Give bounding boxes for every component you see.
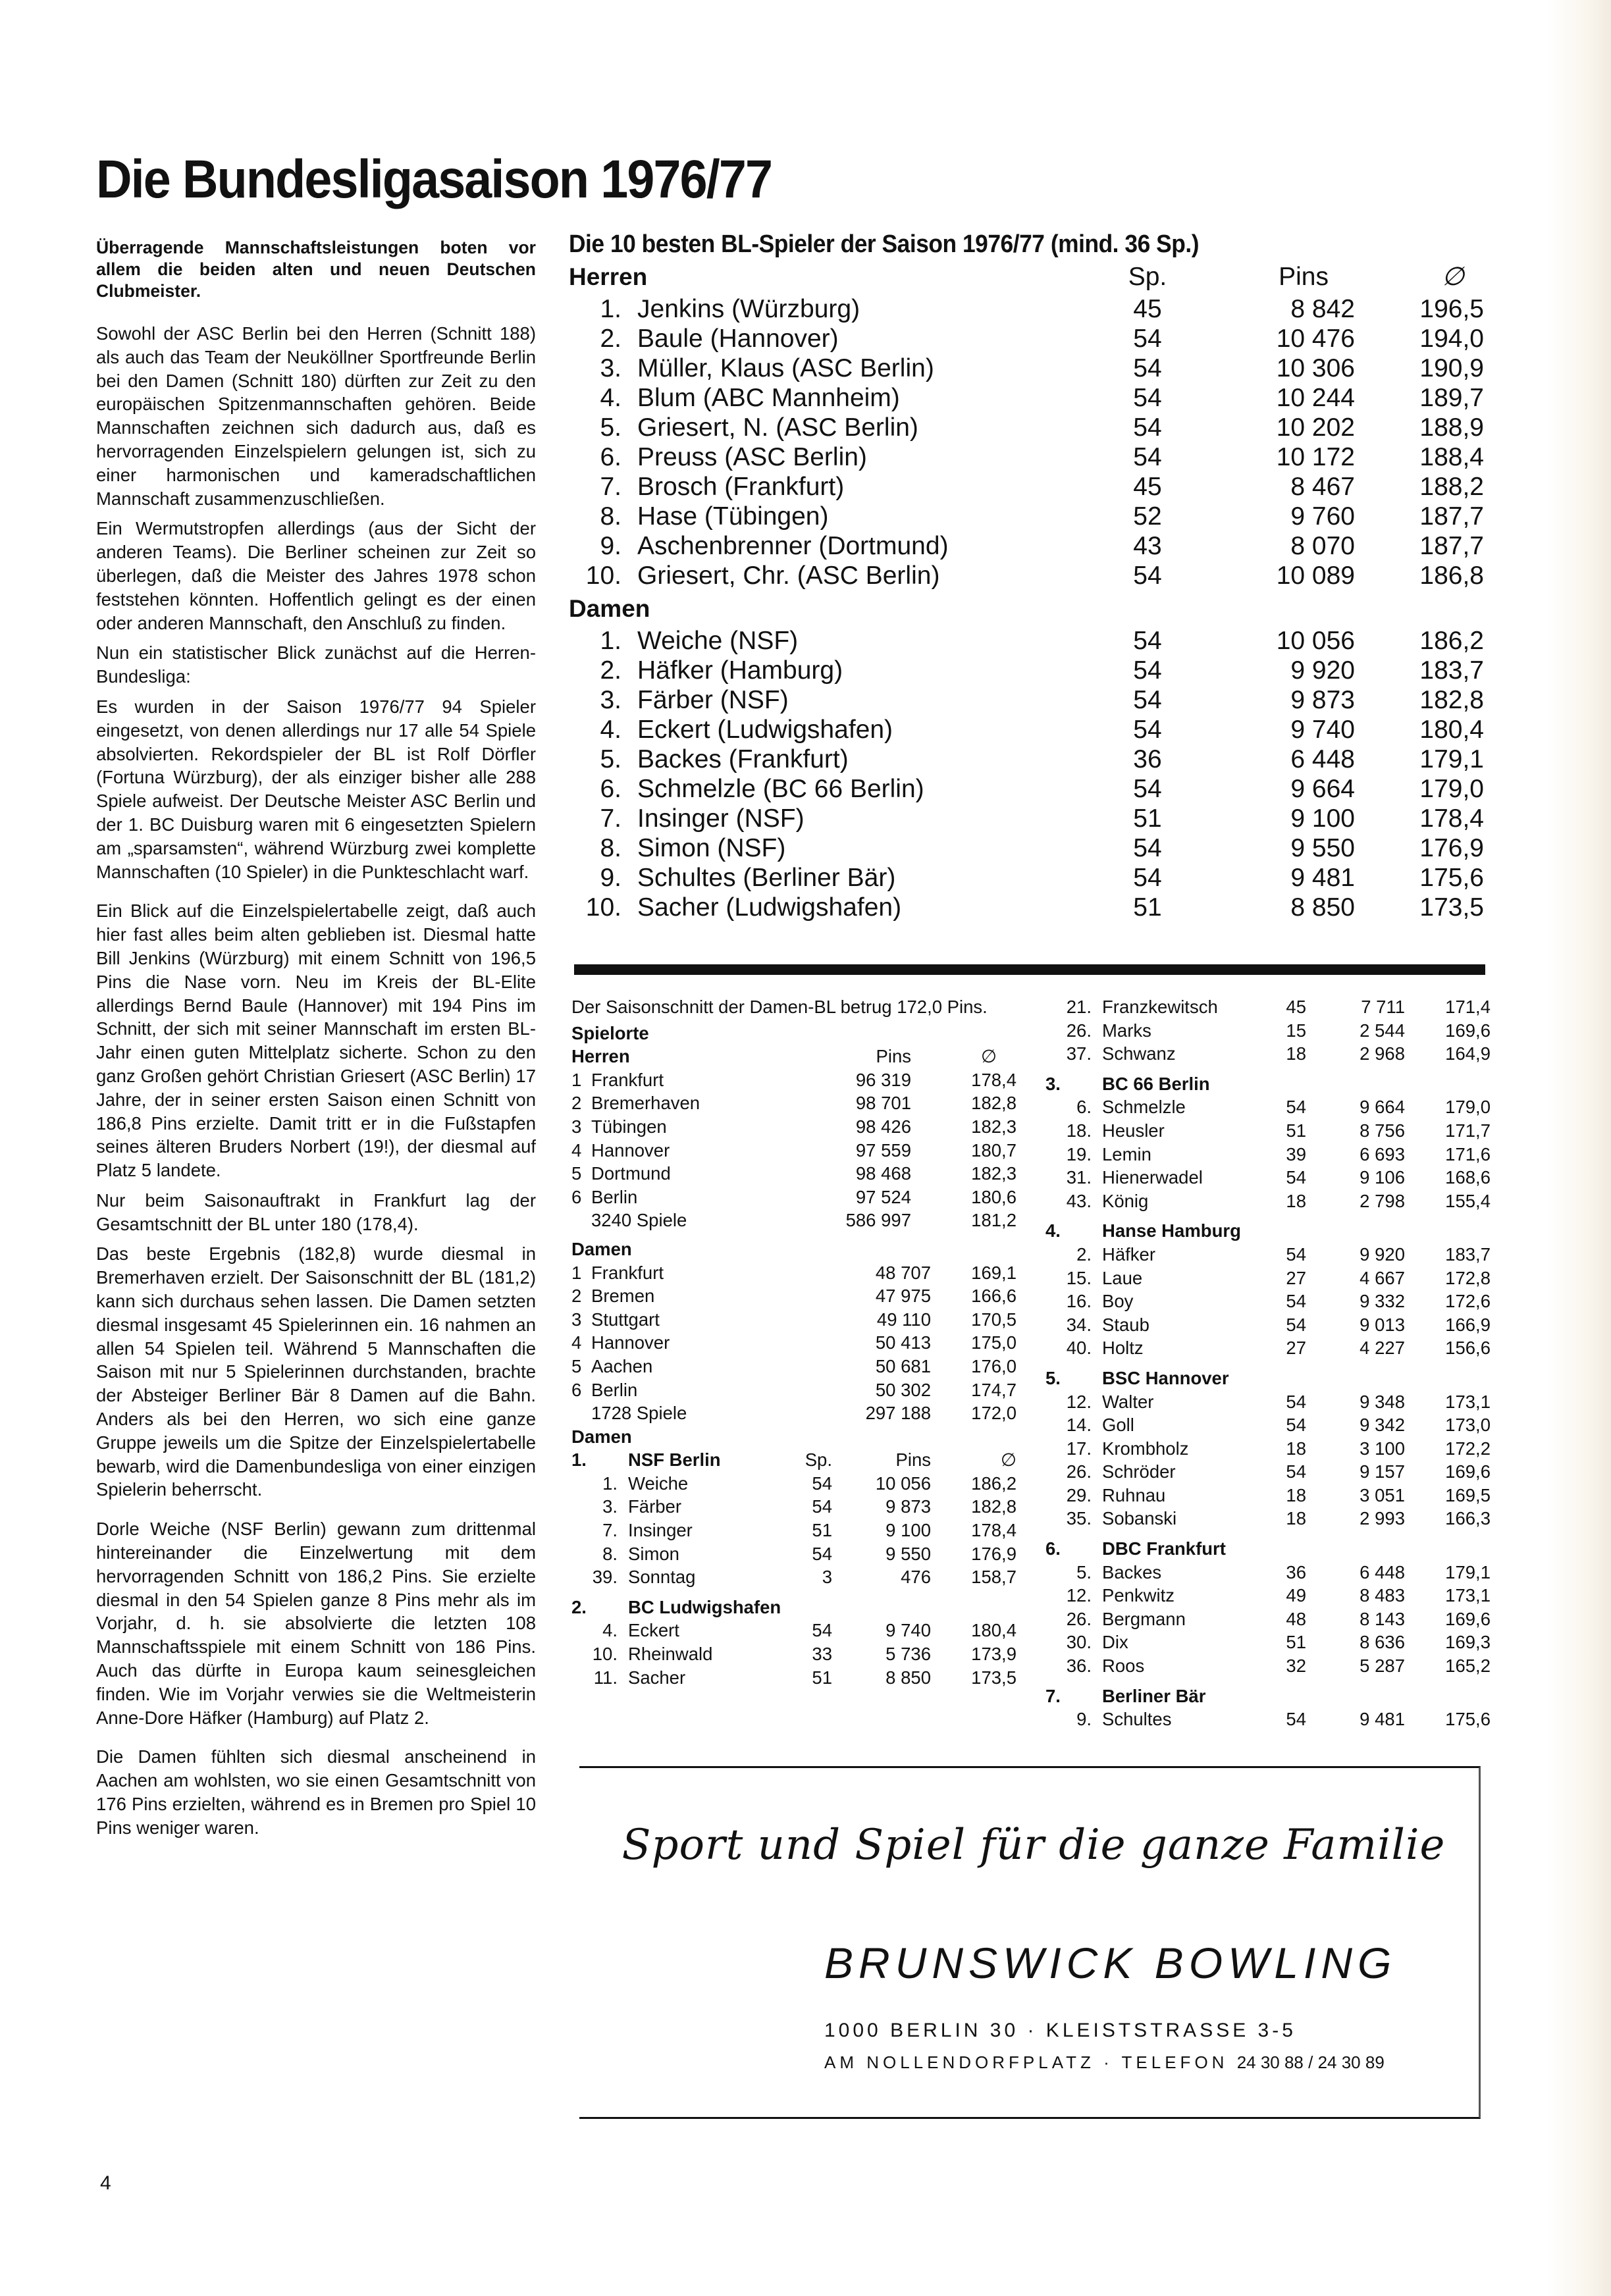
venue-name: Hannover: [591, 1139, 793, 1162]
player-average: 169,6: [1405, 1460, 1491, 1484]
venue-average: 178,4: [911, 1068, 1017, 1092]
player-row: 10.Griesert, Chr. (ASC Berlin)5410 08918…: [569, 561, 1484, 590]
player-average: 173,9: [931, 1642, 1017, 1666]
player-pins: 9 481: [1184, 863, 1368, 893]
player-rank: 37.: [1045, 1042, 1102, 1066]
player-games: 54: [786, 1542, 832, 1566]
player-name: Roos: [1102, 1654, 1260, 1678]
player-average: 183,7: [1405, 1243, 1491, 1266]
player-average: 188,2: [1368, 472, 1484, 502]
player-average: 171,4: [1405, 995, 1491, 1019]
spacer: [571, 1209, 591, 1232]
player-row: 10.Sacher (Ludwigshafen)518 850173,5: [569, 893, 1484, 922]
team-player-row: 26.Schröder549 157169,6: [1045, 1460, 1491, 1484]
player-games: 36: [1111, 744, 1184, 774]
player-games: 51: [786, 1519, 832, 1542]
player-rank: 4.: [569, 383, 637, 413]
player-pins: 9 348: [1306, 1390, 1405, 1414]
player-row: 7.Brosch (Frankfurt)458 467188,2: [569, 472, 1484, 502]
player-average: 186,2: [931, 1472, 1017, 1496]
player-name: Simon: [628, 1542, 786, 1566]
teams-table-left: Damen 1.NSF BerlinSp.Pins∅1.Weiche5410 0…: [571, 1425, 1017, 1690]
venue-pins: 49 110: [812, 1308, 931, 1332]
venue-pins: 48 707: [812, 1261, 931, 1285]
player-name: Blum (ABC Mannheim): [637, 383, 1111, 413]
venue-index: 4: [571, 1139, 591, 1162]
teams-damen-label: Damen: [571, 1425, 1017, 1449]
venue-total-pins: 297 188: [812, 1401, 931, 1425]
player-rank: 15.: [1045, 1266, 1102, 1290]
player-row: 4.Eckert (Ludwigshafen)549 740180,4: [569, 715, 1484, 744]
player-rank: 30.: [1045, 1631, 1102, 1654]
venue-index: 1: [571, 1261, 591, 1285]
article-paragraph: Ein Wermutstropfen allerdings (aus der S…: [96, 517, 536, 635]
team-position: 1.: [571, 1448, 628, 1472]
player-name: Häfker (Hamburg): [637, 656, 1111, 685]
team-player-row: 30.Dix518 636169,3: [1045, 1631, 1491, 1654]
player-pins: 9 550: [832, 1542, 931, 1566]
player-name: Weiche: [628, 1472, 786, 1496]
team-player-row: 11.Sacher518 850173,5: [571, 1666, 1017, 1690]
player-pins: 9 664: [1184, 774, 1368, 804]
venue-row: 6Berlin97 524180,6: [571, 1186, 1017, 1209]
player-pins: 9 100: [1184, 804, 1368, 833]
venue-total-average: 172,0: [931, 1401, 1017, 1425]
player-rank: 4.: [569, 715, 637, 744]
player-rank: 3.: [571, 1495, 628, 1519]
player-rank: 17.: [1045, 1437, 1102, 1461]
player-name: Backes: [1102, 1561, 1260, 1584]
player-rank: 7.: [569, 804, 637, 833]
player-games: 54: [1111, 626, 1184, 656]
player-rank: 5.: [569, 413, 637, 442]
player-pins: 10 202: [1184, 413, 1368, 442]
player-pins: 9 740: [832, 1619, 931, 1642]
team-position: 4.: [1045, 1219, 1102, 1243]
player-average: 168,6: [1405, 1166, 1491, 1189]
player-pins: 6 693: [1306, 1143, 1405, 1166]
player-pins: 4 667: [1306, 1266, 1405, 1290]
player-name: Goll: [1102, 1413, 1260, 1437]
player-name: Insinger (NSF): [637, 804, 1111, 833]
player-average: 187,7: [1368, 502, 1484, 531]
team-header-row: 1.NSF BerlinSp.Pins∅: [571, 1448, 1017, 1472]
player-average: 169,3: [1405, 1631, 1491, 1654]
player-average: 172,8: [1405, 1266, 1491, 1290]
player-games: 54: [1260, 1243, 1306, 1266]
best-players-section: Die 10 besten BL-Spieler der Saison 1976…: [569, 230, 1484, 922]
player-name: Griesert, Chr. (ASC Berlin): [637, 561, 1111, 590]
venue-total-label: 1728 Spiele: [591, 1401, 812, 1425]
player-pins: 9 873: [832, 1495, 931, 1519]
player-pins: 5 736: [832, 1642, 931, 1666]
col-games: Sp.: [1111, 259, 1184, 294]
stats-right-column: 21.Franzkewitsch457 711171,426.Marks152 …: [1045, 995, 1491, 1731]
team-name: Hanse Hamburg: [1102, 1219, 1260, 1243]
player-rank: 7.: [569, 472, 637, 502]
team-player-row: 31.Hienerwadel549 106168,6: [1045, 1166, 1491, 1189]
player-name: Sonntag: [628, 1565, 786, 1589]
player-pins: 2 993: [1306, 1507, 1405, 1530]
section-divider: [574, 964, 1485, 975]
player-name: Schultes (Berliner Bär): [637, 863, 1111, 893]
spacer: [571, 1401, 591, 1425]
col-avg: ∅: [931, 1448, 1017, 1472]
team-player-row: 36.Roos325 287165,2: [1045, 1654, 1491, 1678]
player-games: 54: [1111, 324, 1184, 353]
venue-name: Tübingen: [591, 1115, 793, 1139]
player-name: Jenkins (Würzburg): [637, 294, 1111, 324]
player-name: Backes (Frankfurt): [637, 744, 1111, 774]
player-pins: 10 056: [832, 1472, 931, 1496]
player-games: 51: [1260, 1119, 1306, 1143]
player-row: 3.Müller, Klaus (ASC Berlin)5410 306190,…: [569, 353, 1484, 383]
player-pins: 4 227: [1306, 1336, 1405, 1360]
article-paragraph: Das beste Ergebnis (182,8) wurde diesmal…: [96, 1242, 536, 1501]
spacer-row: [1045, 1213, 1491, 1219]
venues-herren-header: Herren Pins ∅: [571, 1045, 1017, 1068]
player-games: 52: [1111, 502, 1184, 531]
team-player-row: 7.Insinger519 100178,4: [571, 1519, 1017, 1542]
player-games: 27: [1260, 1336, 1306, 1360]
player-name: Rheinwald: [628, 1642, 786, 1666]
player-average: 194,0: [1368, 324, 1484, 353]
player-rank: 10.: [571, 1642, 628, 1666]
player-rank: 8.: [571, 1542, 628, 1566]
team-position: 2.: [571, 1596, 628, 1619]
player-pins: 9 342: [1306, 1413, 1405, 1437]
player-average: 186,2: [1368, 626, 1484, 656]
player-pins: 9 332: [1306, 1290, 1405, 1313]
player-row: 3.Färber (NSF)549 873182,8: [569, 685, 1484, 715]
team-player-row: 4.Eckert549 740180,4: [571, 1619, 1017, 1642]
venue-pins: 50 413: [812, 1331, 931, 1355]
venues-damen-table: Damen 1Frankfurt48 707169,12Bremen47 975…: [571, 1238, 1017, 1425]
player-pins: 10 306: [1184, 353, 1368, 383]
player-row: 1.Weiche (NSF)5410 056186,2: [569, 626, 1484, 656]
player-average: 180,4: [931, 1619, 1017, 1642]
venue-average: 166,6: [931, 1284, 1017, 1308]
venues-herren-table: Herren Pins ∅ 1Frankfurt96 319178,42Brem…: [571, 1045, 1017, 1232]
player-average: 188,4: [1368, 442, 1484, 472]
venue-row: 1Frankfurt48 707169,1: [571, 1261, 1017, 1285]
team-player-row: 14.Goll549 342173,0: [1045, 1413, 1491, 1437]
venues-damen-label: Damen: [571, 1238, 1017, 1261]
player-name: Griesert, N. (ASC Berlin): [637, 413, 1111, 442]
best-players-heading: Die 10 besten BL-Spieler der Saison 1976…: [569, 230, 1420, 259]
article-paragraph: Die Damen fühlten sich diesmal anscheine…: [96, 1745, 536, 1839]
player-pins: 9 920: [1184, 656, 1368, 685]
player-average: 178,4: [931, 1519, 1017, 1542]
player-pins: 2 968: [1306, 1042, 1405, 1066]
team-player-row: 9.Schultes549 481175,6: [1045, 1708, 1491, 1731]
player-pins: 9 100: [832, 1519, 931, 1542]
player-average: 166,3: [1405, 1507, 1491, 1530]
player-pins: 9 760: [1184, 502, 1368, 531]
player-average: 182,8: [1368, 685, 1484, 715]
player-games: 54: [1111, 656, 1184, 685]
player-pins: 10 476: [1184, 324, 1368, 353]
article-paragraph: Nun ein statistischer Blick zunächst auf…: [96, 641, 536, 689]
team-name: NSF Berlin: [628, 1448, 786, 1472]
player-pins: 10 172: [1184, 442, 1368, 472]
player-pins: 9 873: [1184, 685, 1368, 715]
venue-total-row: 3240 Spiele586 997181,2: [571, 1209, 1017, 1232]
player-pins: 2 544: [1306, 1019, 1405, 1043]
player-average: 173,5: [931, 1666, 1017, 1690]
player-games: 39: [1260, 1143, 1306, 1166]
player-pins: 8 467: [1184, 472, 1368, 502]
player-average: 179,1: [1405, 1561, 1491, 1584]
venue-name: Berlin: [591, 1378, 812, 1402]
venue-index: 1: [571, 1068, 591, 1092]
player-name: Färber (NSF): [637, 685, 1111, 715]
ad-brand: BRUNSWICK BOWLING: [824, 1938, 1396, 1988]
venue-pins: 96 319: [793, 1068, 911, 1092]
team-player-row: 2.Häfker549 920183,7: [1045, 1243, 1491, 1266]
player-average: 171,6: [1405, 1143, 1491, 1166]
player-name: Marks: [1102, 1019, 1260, 1043]
player-pins: 8 756: [1306, 1119, 1405, 1143]
player-row: 2.Häfker (Hamburg)549 920183,7: [569, 656, 1484, 685]
player-pins: 10 056: [1184, 626, 1368, 656]
player-name: Simon (NSF): [637, 833, 1111, 863]
venue-index: 4: [571, 1331, 591, 1355]
player-average: 171,7: [1405, 1119, 1491, 1143]
player-pins: 3 100: [1306, 1437, 1405, 1461]
stats-intro: Der Saisonschnitt der Damen-BL betrug 17…: [571, 995, 1017, 1019]
player-rank: 34.: [1045, 1313, 1102, 1337]
player-average: 173,1: [1405, 1390, 1491, 1414]
best-players-table: Herren Sp. Pins ∅ 1.Jenkins (Würzburg)45…: [569, 259, 1484, 922]
player-rank: 19.: [1045, 1143, 1102, 1166]
player-average: 175,6: [1368, 863, 1484, 893]
player-rank: 1.: [569, 626, 637, 656]
spacer-row: [1045, 1066, 1491, 1072]
venue-row: 2Bremen47 975166,6: [571, 1284, 1017, 1308]
player-name: Preuss (ASC Berlin): [637, 442, 1111, 472]
player-rank: 26.: [1045, 1460, 1102, 1484]
page-title: Die Bundesligasaison 1976/77: [96, 153, 772, 207]
player-pins: 8 850: [832, 1666, 931, 1690]
player-average: 173,5: [1368, 893, 1484, 922]
team-name: BC 66 Berlin: [1102, 1072, 1260, 1096]
venue-name: Frankfurt: [591, 1068, 793, 1092]
player-name: Sacher (Ludwigshafen): [637, 893, 1111, 922]
player-name: Weiche (NSF): [637, 626, 1111, 656]
player-row: 1.Jenkins (Würzburg)458 842196,5: [569, 294, 1484, 324]
player-average: 176,9: [931, 1542, 1017, 1566]
venue-total-label: 3240 Spiele: [591, 1209, 793, 1232]
ad-slogan: Sport und Spiel für die ganze Familie: [606, 1821, 1462, 1869]
player-name: Laue: [1102, 1266, 1260, 1290]
player-games: 54: [1260, 1313, 1306, 1337]
player-games: 54: [1260, 1166, 1306, 1189]
player-games: 18: [1260, 1437, 1306, 1461]
player-name: König: [1102, 1189, 1260, 1213]
player-average: 182,8: [931, 1495, 1017, 1519]
player-row: 9.Schultes (Berliner Bär)549 481175,6: [569, 863, 1484, 893]
player-row: 2.Baule (Hannover)5410 476194,0: [569, 324, 1484, 353]
player-rank: 35.: [1045, 1507, 1102, 1530]
player-name: Eckert: [628, 1619, 786, 1642]
team-header-row: 3.BC 66 Berlin: [1045, 1072, 1491, 1096]
team-player-row: 37.Schwanz182 968164,9: [1045, 1042, 1491, 1066]
venue-row: 6Berlin50 302174,7: [571, 1378, 1017, 1402]
player-pins: 9 013: [1306, 1313, 1405, 1337]
player-games: 54: [786, 1619, 832, 1642]
player-games: 54: [786, 1495, 832, 1519]
venue-name: Bremen: [591, 1284, 812, 1308]
player-average: 156,6: [1405, 1336, 1491, 1360]
team-player-row: 5.Backes366 448179,1: [1045, 1561, 1491, 1584]
player-rank: 36.: [1045, 1654, 1102, 1678]
player-name: Bergmann: [1102, 1607, 1260, 1631]
advertisement: Sport und Spiel für die ganze Familie BR…: [579, 1766, 1481, 2119]
article-paragraph: Ein Blick auf die Einzelspielertabelle z…: [96, 899, 536, 1182]
player-games: 27: [1260, 1266, 1306, 1290]
team-player-row: 6.Schmelzle549 664179,0: [1045, 1095, 1491, 1119]
team-name: BSC Hannover: [1102, 1367, 1260, 1390]
player-average: 183,7: [1368, 656, 1484, 685]
player-games: 54: [1111, 413, 1184, 442]
player-average: 155,4: [1405, 1189, 1491, 1213]
venue-index: 3: [571, 1308, 591, 1332]
player-rank: 2.: [1045, 1243, 1102, 1266]
player-pins: 10 089: [1184, 561, 1368, 590]
player-rank: 11.: [571, 1666, 628, 1690]
venue-name: Dortmund: [591, 1162, 793, 1186]
herren-header-row: Herren Sp. Pins ∅: [569, 259, 1484, 294]
player-rank: 6.: [569, 774, 637, 804]
player-name: Staub: [1102, 1313, 1260, 1337]
player-games: 54: [1111, 353, 1184, 383]
player-row: 7.Insinger (NSF)519 100178,4: [569, 804, 1484, 833]
player-pins: 8 636: [1306, 1631, 1405, 1654]
venue-pins: 98 468: [793, 1162, 911, 1186]
team-player-row: 34.Staub549 013166,9: [1045, 1313, 1491, 1337]
player-rank: 12.: [1045, 1584, 1102, 1607]
venue-average: 180,6: [911, 1186, 1017, 1209]
player-rank: 10.: [569, 561, 637, 590]
player-games: 54: [1111, 561, 1184, 590]
venue-row: 1Frankfurt96 319178,4: [571, 1068, 1017, 1092]
spacer-row: [571, 1589, 1017, 1596]
player-average: 178,4: [1368, 804, 1484, 833]
venue-row: 5Aachen50 681176,0: [571, 1355, 1017, 1378]
player-pins: 9 106: [1306, 1166, 1405, 1189]
player-average: 187,7: [1368, 531, 1484, 561]
player-games: 18: [1260, 1042, 1306, 1066]
player-average: 158,7: [931, 1565, 1017, 1589]
venue-name: Berlin: [591, 1186, 793, 1209]
player-games: 54: [786, 1472, 832, 1496]
player-average: 173,0: [1405, 1413, 1491, 1437]
venue-pins: 47 975: [812, 1284, 931, 1308]
col-pins: Pins: [793, 1045, 911, 1068]
venue-total-average: 181,2: [911, 1209, 1017, 1232]
player-games: 51: [1111, 804, 1184, 833]
player-games: 54: [1111, 685, 1184, 715]
venue-total-pins: 586 997: [793, 1209, 911, 1232]
player-rank: 29.: [1045, 1484, 1102, 1507]
venue-average: 176,0: [931, 1355, 1017, 1378]
player-name: Penkwitz: [1102, 1584, 1260, 1607]
team-player-row: 18.Heusler518 756171,7: [1045, 1119, 1491, 1143]
team-player-row: 3.Färber549 873182,8: [571, 1495, 1017, 1519]
player-name: Färber: [628, 1495, 786, 1519]
team-player-row: 8.Simon549 550176,9: [571, 1542, 1017, 1566]
ad-address-phone: AM NOLLENDORFPLATZ · TELEFON 24 30 88 / …: [824, 2052, 1385, 2073]
player-games: 36: [1260, 1561, 1306, 1584]
player-rank: 7.: [571, 1519, 628, 1542]
stats-left-column: Der Saisonschnitt der Damen-BL betrug 17…: [571, 995, 1017, 1689]
player-rank: 10.: [569, 893, 637, 922]
player-rank: 2.: [569, 656, 637, 685]
venue-row: 3Tübingen98 426182,3: [571, 1115, 1017, 1139]
player-games: 3: [786, 1565, 832, 1589]
player-rank: 6.: [1045, 1095, 1102, 1119]
player-games: 54: [1111, 715, 1184, 744]
player-name: Sacher: [628, 1666, 786, 1690]
ad-address: 1000 BERLIN 30 · KLEISTSTRASSE 3-5: [824, 2020, 1296, 2042]
page-number: 4: [100, 2172, 111, 2195]
venue-pins: 98 426: [793, 1115, 911, 1139]
team-player-row: 21.Franzkewitsch457 711171,4: [1045, 995, 1491, 1019]
player-pins: 8 842: [1184, 294, 1368, 324]
team-player-row: 29.Ruhnau183 051169,5: [1045, 1484, 1491, 1507]
player-row: 8.Hase (Tübingen)529 760187,7: [569, 502, 1484, 531]
team-header-row: 2.BC Ludwigshafen: [571, 1596, 1017, 1619]
team-player-row: 35.Sobanski182 993166,3: [1045, 1507, 1491, 1530]
venue-row: 3Stuttgart49 110170,5: [571, 1308, 1017, 1332]
team-player-row: 12.Penkwitz498 483173,1: [1045, 1584, 1491, 1607]
player-row: 9.Aschenbrenner (Dortmund)438 070187,7: [569, 531, 1484, 561]
venue-average: 174,7: [931, 1378, 1017, 1402]
player-games: 54: [1111, 863, 1184, 893]
article-paragraph: Dorle Weiche (NSF Berlin) gewann zum dri…: [96, 1517, 536, 1729]
player-name: Schröder: [1102, 1460, 1260, 1484]
player-rank: 26.: [1045, 1607, 1102, 1631]
venue-index: 2: [571, 1284, 591, 1308]
player-pins: 9 481: [1306, 1708, 1405, 1731]
player-rank: 5.: [1045, 1561, 1102, 1584]
player-average: 164,9: [1405, 1042, 1491, 1066]
player-pins: 9 550: [1184, 833, 1368, 863]
player-name: Lemin: [1102, 1143, 1260, 1166]
team-player-row: 26.Bergmann488 143169,6: [1045, 1607, 1491, 1631]
player-row: 5.Backes (Frankfurt)366 448179,1: [569, 744, 1484, 774]
team-header-row: 4.Hanse Hamburg: [1045, 1219, 1491, 1243]
player-name: Insinger: [628, 1519, 786, 1542]
teams-table-right: 21.Franzkewitsch457 711171,426.Marks152 …: [1045, 995, 1491, 1731]
team-player-row: 10.Rheinwald335 736173,9: [571, 1642, 1017, 1666]
damen-label: Damen: [569, 590, 1484, 626]
player-pins: 7 711: [1306, 995, 1405, 1019]
article-paragraph: Nur beim Saisonauftrakt in Frankfurt lag…: [96, 1189, 536, 1236]
player-games: 32: [1260, 1654, 1306, 1678]
ad-place: AM NOLLENDORFPLATZ · TELEFON: [824, 2052, 1228, 2072]
player-rank: 18.: [1045, 1119, 1102, 1143]
player-rank: 8.: [569, 502, 637, 531]
player-games: 54: [1260, 1390, 1306, 1414]
player-pins: 2 798: [1306, 1189, 1405, 1213]
player-average: 186,8: [1368, 561, 1484, 590]
article-lead: Überragende Mannschaftsleistungen boten …: [96, 237, 536, 302]
venue-name: Stuttgart: [591, 1308, 812, 1332]
col-games: Sp.: [786, 1448, 832, 1472]
player-name: Hase (Tübingen): [637, 502, 1111, 531]
